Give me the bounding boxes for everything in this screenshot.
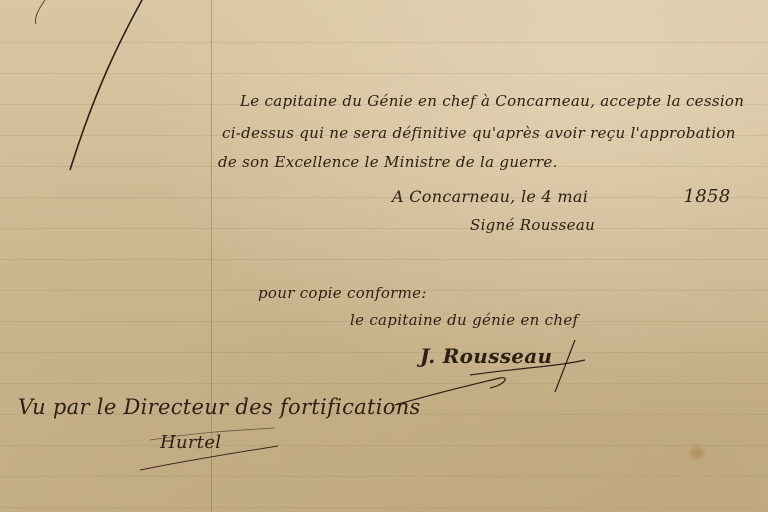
dateline-year: 1858 <box>684 186 731 207</box>
body-line-3: de son Excellence le Ministre de la guer… <box>218 153 558 171</box>
signature-hurtel: Hurtel <box>160 432 221 453</box>
pen-flourishes <box>0 0 768 512</box>
dateline-place-day: A Concarneau, le 4 mai <box>392 187 588 206</box>
endorsement-text: Vu par le Directeur des fortifications <box>18 395 421 419</box>
body-line-2: ci-dessus qui ne sera définitive qu'aprè… <box>222 124 736 142</box>
document-page: Le capitaine du Génie en chef à Concarne… <box>0 0 768 512</box>
dateline: A Concarneau, le 4 mai 1858 <box>392 186 731 207</box>
certification-line-2: le capitaine du génie en chef <box>350 311 578 329</box>
certification-line-1: pour copie conforme: <box>258 284 427 302</box>
body-line-1: Le capitaine du Génie en chef à Concarne… <box>240 92 744 110</box>
signature-rousseau: J. Rousseau <box>420 344 552 368</box>
signed-line: Signé Rousseau <box>470 216 595 234</box>
